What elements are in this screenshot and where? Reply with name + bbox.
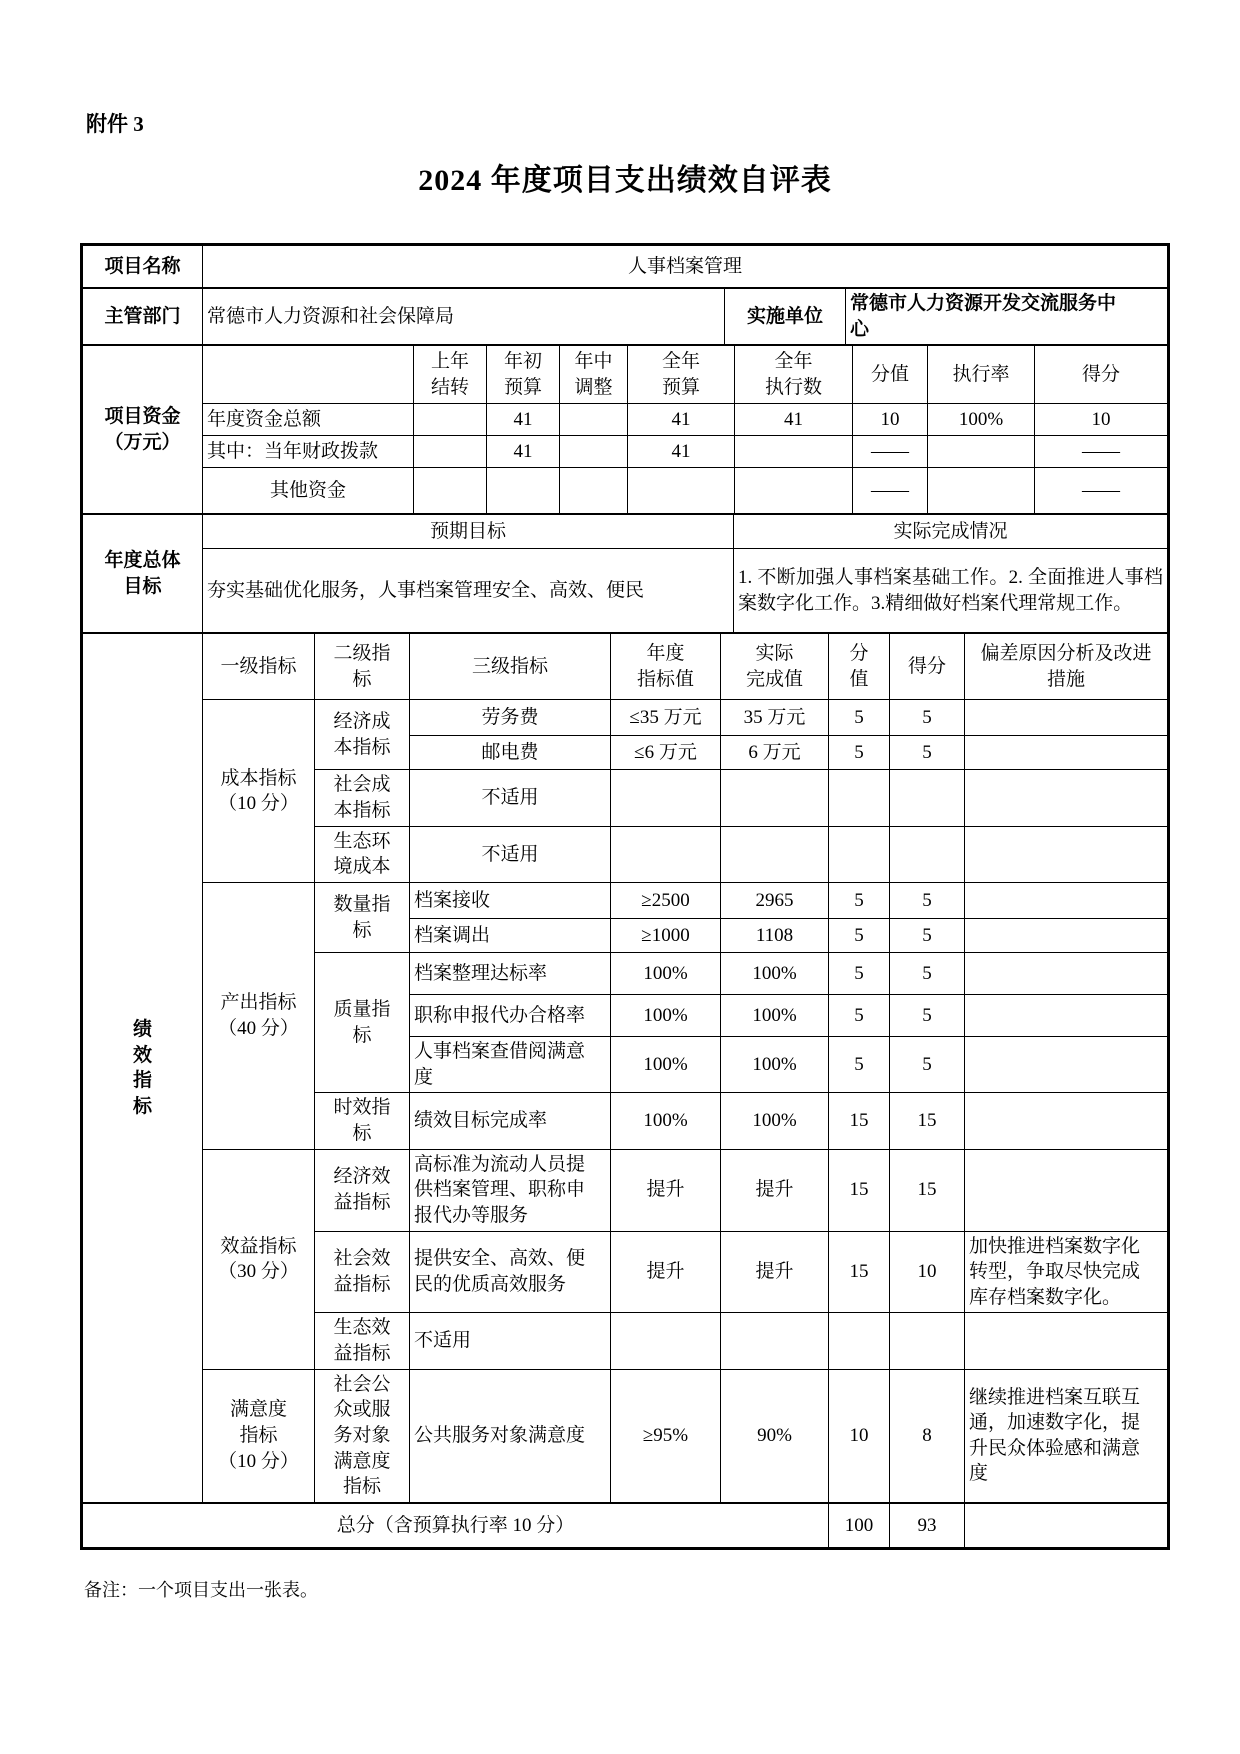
header-points: 分 值 [829,634,890,700]
target-cell: ≥1000 [611,919,721,953]
actual-cell: 1108 [721,919,829,953]
funding-rowlabel-header [203,346,414,404]
annual-goal-label: 年度总体 目标 [83,515,203,633]
score-cell [890,826,965,882]
funding-col-initial-budget: 年初 预算 [487,346,560,404]
funding-cell [928,436,1035,468]
header-deviation: 偏差原因分析及改进 措施 [965,634,1168,700]
funding-col-annual-budget: 全年 预算 [628,346,735,404]
deviation-cell [965,1313,1168,1369]
level2-cell: 社会成 本指标 [315,770,410,826]
total-points-value: 100 [829,1503,890,1547]
target-cell: 100% [611,1093,721,1149]
footnote: 备注：一个项目支出一张表。 [84,1576,1170,1602]
funding-row-label: 其中：当年财政拨款 [203,436,414,468]
funding-cell [414,468,487,514]
points-cell: 15 [829,1231,890,1313]
target-cell [611,1313,721,1369]
target-cell: 提升 [611,1231,721,1313]
level3-cell: 绩效目标完成率 [410,1093,611,1149]
funding-cell: —— [853,436,928,468]
expected-goal-text: 夯实基础优化服务，人事档案管理安全、高效、便民 [203,549,734,633]
level3-cell: 档案接收 [410,883,611,919]
points-cell: 5 [829,995,890,1037]
level3-cell: 公共服务对象满意度 [410,1369,611,1502]
score-cell [890,1313,965,1369]
funding-row-fiscal: 其中：当年财政拨款 41 41 —— —— [83,436,1168,468]
attachment-label: 附件 3 [86,112,1170,137]
department-section: 主管部门 常德市人力资源和社会保障局 实施单位 常德市人力资源开发交流服务中 心 [82,288,1168,345]
target-cell: 提升 [611,1149,721,1231]
level1-satisfaction: 满意度 指标 （10 分） [203,1369,315,1502]
funding-cell [628,468,735,514]
actual-completion-header: 实际完成情况 [734,515,1168,549]
level3-cell: 邮电费 [410,736,611,770]
header-actual: 实际 完成值 [721,634,829,700]
funding-cell [735,468,853,514]
level3-cell: 档案调出 [410,919,611,953]
score-cell: 5 [890,1037,965,1093]
level3-cell: 人事档案查借阅满意 度 [410,1037,611,1093]
level2-cell: 生态环 境成本 [315,826,410,882]
points-cell: 5 [829,953,890,995]
target-cell: 100% [611,995,721,1037]
total-score-label: 总分（含预算执行率 10 分） [83,1503,829,1547]
indicator-row: 效益指标 （30 分） 经济效 益指标 高标准为流动人员提 供档案管理、职称申 … [83,1149,1168,1231]
funding-col-score: 得分 [1035,346,1168,404]
deviation-cell [965,826,1168,882]
level2-cell: 时效指 标 [315,1093,410,1149]
actual-cell: 100% [721,1093,829,1149]
funding-cell: —— [1035,436,1168,468]
funding-cell: —— [853,468,928,514]
funding-cell: 10 [1035,404,1168,436]
header-level2: 二级指 标 [315,634,410,700]
deviation-cell [965,1149,1168,1231]
level3-cell: 提供安全、高效、便 民的优质高效服务 [410,1231,611,1313]
deviation-cell: 继续推进档案互联互 通，加速数字化，提 升民众体验感和满意 度 [965,1369,1168,1502]
header-level3: 三级指标 [410,634,611,700]
target-cell [611,826,721,882]
actual-cell: 2965 [721,883,829,919]
header-level1: 一级指标 [203,634,315,700]
department-value: 常德市人力资源和社会保障局 [203,289,725,345]
level2-cell: 生态效 益指标 [315,1313,410,1369]
funding-cell: —— [1035,468,1168,514]
annual-goal-section: 年度总体 目标 预期目标 实际完成情况 夯实基础优化服务，人事档案管理安全、高效… [82,514,1168,633]
target-cell: ≥95% [611,1369,721,1502]
funding-row-total: 年度资金总额 41 41 41 10 100% 10 [83,404,1168,436]
level3-cell: 职称申报代办合格率 [410,995,611,1037]
implementing-unit-value: 常德市人力资源开发交流服务中 心 [846,289,1168,345]
deviation-cell: 加快推进档案数字化 转型，争取尽快完成 库存档案数字化。 [965,1231,1168,1313]
funding-cell [560,436,628,468]
level2-cell: 质量指 标 [315,953,410,1093]
deviation-cell [965,770,1168,826]
score-cell: 10 [890,1231,965,1313]
funding-cell [414,436,487,468]
score-cell: 5 [890,736,965,770]
target-cell [611,770,721,826]
level3-cell: 高标准为流动人员提 供档案管理、职称申 报代办等服务 [410,1149,611,1231]
score-cell: 5 [890,700,965,736]
deviation-cell [965,700,1168,736]
actual-cell: 35 万元 [721,700,829,736]
page-title: 2024 年度项目支出绩效自评表 [80,163,1170,199]
total-score-section: 总分（含预算执行率 10 分） 100 93 [82,1503,1168,1548]
points-cell: 15 [829,1149,890,1231]
points-cell [829,770,890,826]
score-cell: 5 [890,953,965,995]
funding-col-exec-rate: 执行率 [928,346,1035,404]
target-cell: ≤35 万元 [611,700,721,736]
deviation-cell [965,736,1168,770]
funding-section-label: 项目资金 （万元） [83,346,203,514]
total-score-value: 93 [890,1503,965,1547]
deviation-cell [965,883,1168,919]
implementing-unit-label: 实施单位 [725,289,846,345]
header-target: 年度 指标值 [611,634,721,700]
performance-indicator-section: 绩 效 指 标 一级指标 二级指 标 三级指标 年度 指标值 实际 完成值 分 … [82,633,1168,1502]
actual-cell: 100% [721,953,829,995]
actual-cell: 100% [721,995,829,1037]
points-cell: 5 [829,883,890,919]
actual-cell: 90% [721,1369,829,1502]
target-cell: 100% [611,953,721,995]
funding-cell: 41 [735,404,853,436]
level2-cell: 经济成 本指标 [315,700,410,770]
indicator-row: 产出指标 （40 分） 数量指 标 档案接收 ≥2500 2965 5 5 [83,883,1168,919]
funding-cell [414,404,487,436]
level1-cost: 成本指标 （10 分） [203,700,315,883]
level2-cell: 经济效 益指标 [315,1149,410,1231]
score-cell: 8 [890,1369,965,1502]
funding-cell: 41 [487,404,560,436]
funding-col-carryover: 上年 结转 [414,346,487,404]
performance-section-label: 绩 效 指 标 [83,634,203,1502]
score-cell: 15 [890,1149,965,1231]
header-score: 得分 [890,634,965,700]
self-evaluation-table: 项目名称 人事档案管理 主管部门 常德市人力资源和社会保障局 实施单位 常德市人… [80,243,1170,1550]
funding-row-other: 其他资金 —— —— [83,468,1168,514]
deviation-cell [965,995,1168,1037]
funding-cell [560,404,628,436]
score-cell: 5 [890,919,965,953]
funding-section: 项目资金 （万元） 上年 结转 年初 预算 年中 调整 全年 预算 全年 执行数… [82,345,1168,514]
deviation-cell [965,1037,1168,1093]
level1-benefit: 效益指标 （30 分） [203,1149,315,1369]
level2-cell: 社会公 众或服 务对象 满意度 指标 [315,1369,410,1502]
funding-cell [928,468,1035,514]
indicator-row: 满意度 指标 （10 分） 社会公 众或服 务对象 满意度 指标 公共服务对象满… [83,1369,1168,1502]
level2-cell: 数量指 标 [315,883,410,953]
funding-cell: 41 [628,436,735,468]
points-cell [829,1313,890,1369]
funding-col-points: 分值 [853,346,928,404]
points-cell: 5 [829,736,890,770]
actual-cell [721,826,829,882]
funding-cell: 41 [628,404,735,436]
target-cell: 100% [611,1037,721,1093]
target-cell: ≥2500 [611,883,721,919]
funding-cell [560,468,628,514]
deviation-cell [965,953,1168,995]
funding-col-annual-executed: 全年 执行数 [735,346,853,404]
points-cell: 10 [829,1369,890,1502]
actual-cell [721,1313,829,1369]
actual-cell: 提升 [721,1149,829,1231]
funding-col-mid-adjust: 年中 调整 [560,346,628,404]
total-deviation-cell [965,1503,1168,1547]
points-cell: 15 [829,1093,890,1149]
score-cell: 15 [890,1093,965,1149]
funding-row-label: 年度资金总额 [203,404,414,436]
points-cell: 5 [829,1037,890,1093]
department-label: 主管部门 [83,289,203,345]
level3-cell: 不适用 [410,826,611,882]
points-cell [829,826,890,882]
level2-cell: 社会效 益指标 [315,1231,410,1313]
funding-cell: 10 [853,404,928,436]
actual-cell: 100% [721,1037,829,1093]
indicator-row: 成本指标 （10 分） 经济成 本指标 劳务费 ≤35 万元 35 万元 5 5 [83,700,1168,736]
project-name-value: 人事档案管理 [203,246,1168,288]
funding-cell [735,436,853,468]
level1-output: 产出指标 （40 分） [203,883,315,1150]
funding-cell: 41 [487,436,560,468]
deviation-cell [965,919,1168,953]
funding-cell [487,468,560,514]
actual-cell: 提升 [721,1231,829,1313]
level3-cell: 不适用 [410,770,611,826]
actual-completion-text: 1. 不断加强人事档案基础工作。2. 全面推进人事档案数字化工作。3.精细做好档… [734,549,1168,633]
funding-cell: 100% [928,404,1035,436]
target-cell: ≤6 万元 [611,736,721,770]
expected-goal-header: 预期目标 [203,515,734,549]
project-name-section: 项目名称 人事档案管理 [82,245,1168,288]
level3-cell: 不适用 [410,1313,611,1369]
actual-cell: 6 万元 [721,736,829,770]
level3-cell: 劳务费 [410,700,611,736]
score-cell: 5 [890,995,965,1037]
level3-cell: 档案整理达标率 [410,953,611,995]
funding-row-label: 其他资金 [203,468,414,514]
deviation-cell [965,1093,1168,1149]
actual-cell [721,770,829,826]
score-cell [890,770,965,826]
project-name-label: 项目名称 [83,246,203,288]
document-page: 附件 3 2024 年度项目支出绩效自评表 项目名称 人事档案管理 主管部门 常… [80,0,1170,1602]
points-cell: 5 [829,700,890,736]
score-cell: 5 [890,883,965,919]
points-cell: 5 [829,919,890,953]
